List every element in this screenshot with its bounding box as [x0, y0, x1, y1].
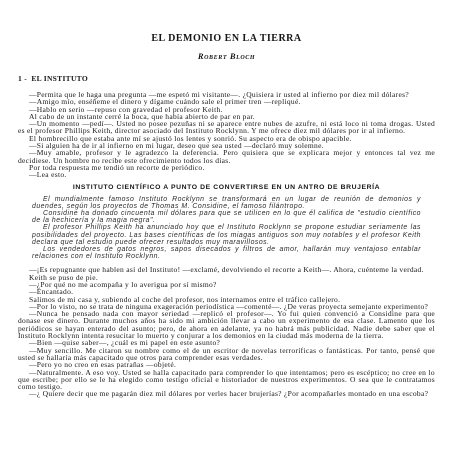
- news-clipping-body: El mundialmente famoso Instituto Rocklyn…: [32, 196, 421, 261]
- chapter-heading: 1 - EL INSTITUTO: [18, 74, 435, 83]
- book-title: EL DEMONIO EN LA TIERRA: [18, 33, 435, 44]
- paragraph: El mundialmente famoso Instituto Rocklyn…: [32, 196, 421, 210]
- body-text-before-clipping: —Permita que le haga una pregunta —me es…: [18, 91, 435, 179]
- paragraph: —Un momento —pedí—. Usted no posee pezuñ…: [18, 120, 435, 135]
- paragraph: Los vendedores de gatos negros, sapos di…: [32, 246, 421, 260]
- news-clipping: INSTITUTO CIENTÍFICO A PUNTO DE CONVERTI…: [32, 184, 421, 261]
- document-page: EL DEMONIO EN LA TIERRA Robert Bloch 1 -…: [0, 0, 453, 453]
- news-clipping-headline: INSTITUTO CIENTÍFICO A PUNTO DE CONVERTI…: [32, 184, 421, 191]
- paragraph: —¿ Quiere decir que me pagarán diez mil …: [18, 390, 435, 397]
- paragraph: —¿Por qué no me acompaña y lo averigua p…: [18, 281, 435, 288]
- author-name: Robert Bloch: [18, 51, 435, 61]
- paragraph: —Muy sencillo. Me citaron su nombre como…: [18, 347, 435, 362]
- paragraph: —Muy amable, profesor y le agradezco la …: [18, 149, 435, 164]
- paragraph: Por toda respuesta me tendió un recorte …: [18, 164, 435, 171]
- body-text-after-clipping: —¡Es repugnante que hablen así del Insti…: [18, 266, 435, 397]
- paragraph: —Naturalmente. A eso voy. Usted se halla…: [18, 369, 435, 391]
- paragraph: El profesor Phillips Keith ha anunciado …: [32, 224, 421, 246]
- paragraph: —Nunca he pensado nada con mayor serieda…: [18, 310, 435, 339]
- paragraph: —Lea esto.: [18, 171, 435, 178]
- paragraph: Considine ha donado cincuenta mil dólare…: [32, 210, 421, 224]
